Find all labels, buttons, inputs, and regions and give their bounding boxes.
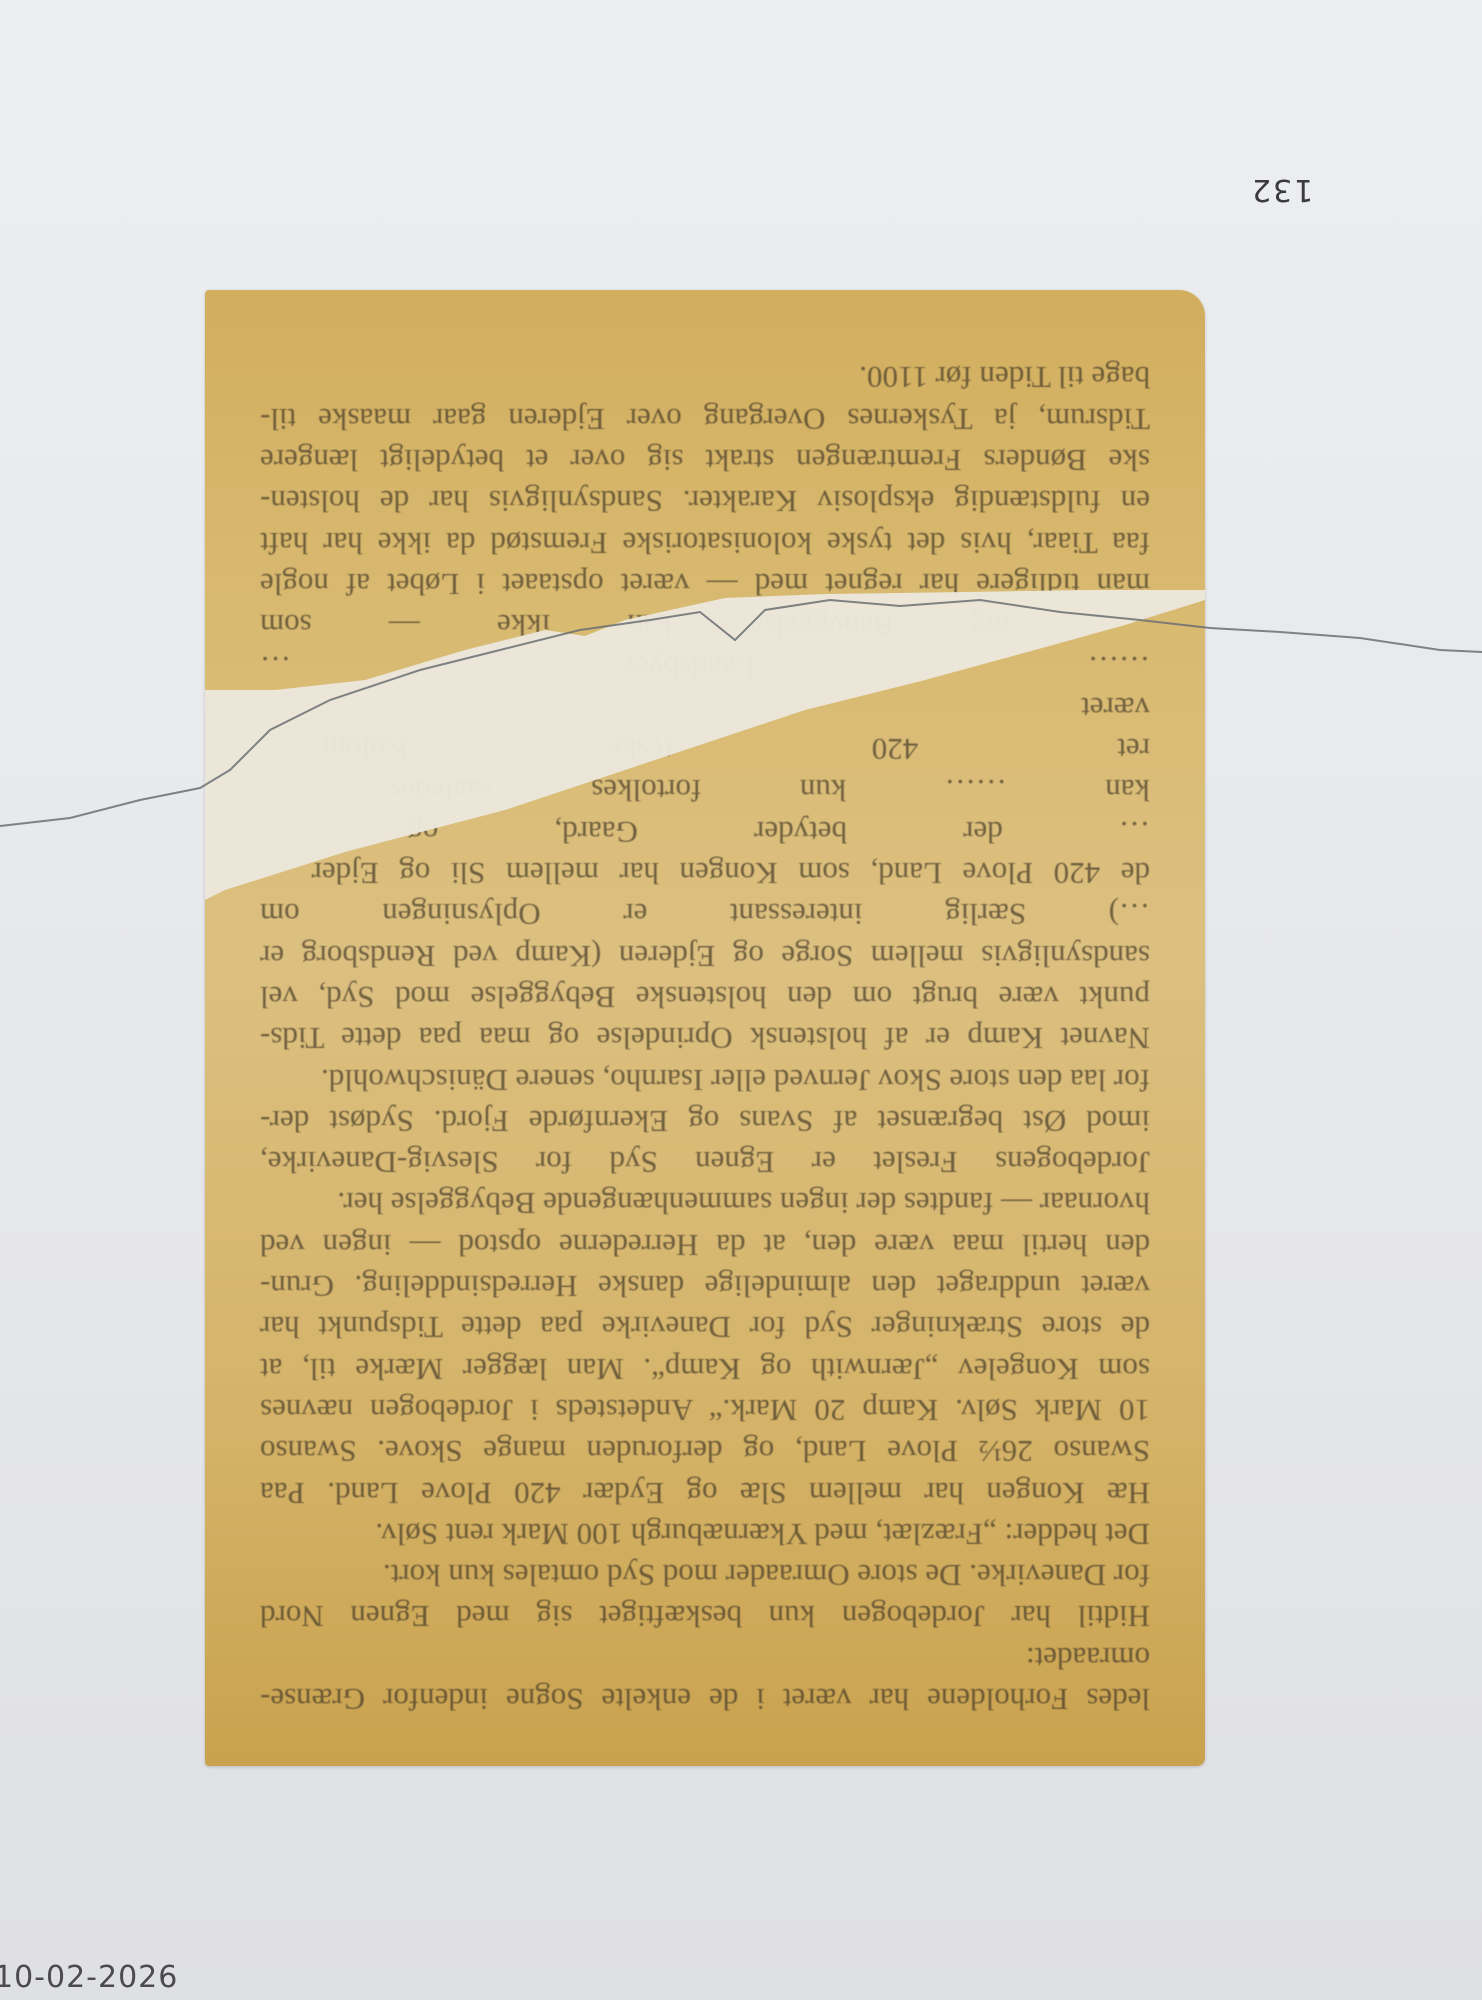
text-line: hvornaar — fandtes der ingen sammenhænge… [260, 1183, 1150, 1224]
text-line: for laa den store Skov Jernved eller Isa… [260, 1059, 1150, 1100]
text-line: punkt være brugt om den holstenske Bebyg… [260, 977, 1150, 1018]
aged-book-leaf: ledes Forholdene har været i de enkelte … [205, 290, 1205, 1766]
text-line: omraadet: [260, 1637, 1150, 1678]
text-line: 10 Mark Sølv. Kamp 20 Mark.“ Andetsteds … [260, 1390, 1150, 1431]
text-line: Jordebogens Freslet er Egnen Syd for Sle… [260, 1142, 1150, 1183]
text-line: de store Strækninger Syd for Danevirke p… [260, 1307, 1150, 1348]
text-line: …) Særlig interessant er Oplysningen om [260, 894, 1150, 935]
text-line: sandsynligvis mellem Sorge og Ejderen (K… [260, 935, 1150, 976]
text-line: en fuldstændig eksplosiv Karakter. Sands… [260, 481, 1150, 522]
page-number: 132 [1250, 172, 1313, 207]
text-line: ske Bønders Fremtrængen strakt sig over … [260, 440, 1150, 481]
text-line: været unddraget den almindelige danske H… [260, 1266, 1150, 1307]
text-line: Det hedder: „Fræzlæt, med Ykærnæburgh 10… [260, 1514, 1150, 1555]
leaf-text-upside-down: ledes Forholdene har været i de enkelte … [260, 330, 1150, 1720]
text-line: bage til Tiden før 1100. [260, 357, 1150, 398]
text-line: for Danevirke. De store Omraader mod Syd… [260, 1555, 1150, 1596]
text-line: den hertil maa være den, at da Herredern… [260, 1224, 1150, 1265]
torn-missing-area [205, 590, 1205, 900]
text-line: Navnet Kamp er af holstensk Oprindelse o… [260, 1018, 1150, 1059]
text-line: Swanso 26½ Plove Land, og derforuden man… [260, 1431, 1150, 1472]
text-line: som Kongelev „Jærnwith og Kamp“. Man læg… [260, 1348, 1150, 1389]
text-line: imod Øst begrænset af Svans og Ekernførd… [260, 1101, 1150, 1142]
text-line: Hidtil har Jordebogen kun beskæftiget si… [260, 1596, 1150, 1637]
text-line: Hæ Kongen har mellem Slæ og Eydær 420 Pl… [260, 1472, 1150, 1513]
text-line: Tidsrum, ja Tyskernes Overgang over Ejde… [260, 399, 1150, 440]
text-line: faa Tiaar, hvis det tyske kolonisatorisk… [260, 522, 1150, 563]
text-line: ledes Forholdene har været i de enkelte … [260, 1679, 1150, 1720]
date-stamp: 10-02-2026 [0, 1960, 178, 1995]
